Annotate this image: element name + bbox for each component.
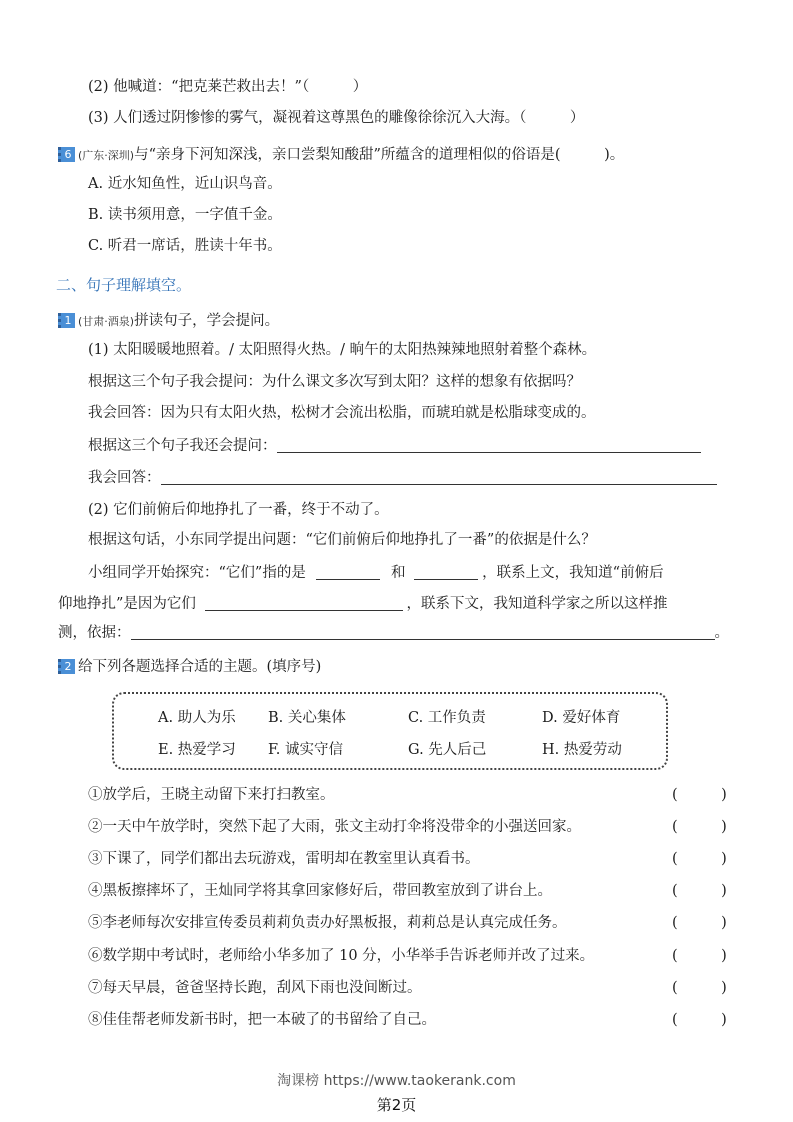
theme-item-4: ④黑板擦摔坏了，王灿同学将其拿回家修好后，带回教室放到了讲台上。 (88, 881, 552, 901)
question-number-badge: 2 (58, 659, 75, 674)
explore-text: ，联系下文，我知道科学家之所以这样推 (407, 596, 668, 612)
theme-item-1: ①放学后，王晓主动留下来打扫教室。 (88, 785, 335, 805)
theme-d: D. 爱好体育 (542, 706, 620, 727)
watermark: 淘课榜 https://www.taokerank.com (0, 1070, 793, 1090)
sub-question-1: (1) 太阳暖暖地照着。/ 太阳照得火热。/ 晌午的太阳热辣辣地照射着整个森林。 (88, 340, 596, 360)
question-stem: 给下列各题选择合适的主题。(填序号) (78, 659, 321, 675)
answer-row: 我会回答： (88, 468, 717, 488)
ask-label: 根据这三个句子我还会提问： (88, 438, 277, 454)
part1-item-2: (2) 他喊道：“把克莱芒救出去！”（ ） (88, 77, 367, 97)
answer-label: 我会回答： (88, 470, 161, 486)
xiaodong-question: 根据这句话，小东同学提出问题：“它们前俯后仰地挣扎了一番”的依据是什么？ (88, 530, 596, 550)
question-stem: 与“亲身下河知深浅，亲口尝梨知酸甜”所蕴含的道理相似的俗语是( )。 (134, 147, 624, 163)
theme-item-6: ⑥数学期中考试时，老师给小华多加了 10 分，小华举手告诉老师并改了过来。 (88, 946, 594, 966)
question-stem: 拼读句子，学会提问。 (134, 313, 279, 329)
question-number-badge: 6 (58, 147, 75, 162)
theme-g: G. 先人后己 (408, 738, 486, 759)
blank-2[interactable] (414, 565, 478, 580)
ask-blank[interactable] (277, 438, 701, 453)
question-number-badge: 1 (58, 313, 75, 328)
page-number: 第2页 (0, 1094, 793, 1115)
answer-paren-3[interactable]: ( ) (672, 849, 727, 869)
ask-row: 根据这三个句子我还会提问： (88, 436, 701, 456)
theme-item-8: ⑧佳佳帮老师发新书时，把一本破了的书留给了自己。 (88, 1010, 436, 1030)
question-2: 2给下列各题选择合适的主题。(填序号) (58, 657, 321, 677)
question-1: 1(甘肃·酒泉)拼读句子，学会提问。 (58, 311, 279, 332)
answer-paren-5[interactable]: ( ) (672, 913, 727, 933)
region-tag: (甘肃·酒泉) (78, 315, 134, 328)
explore-text: ，联系上文，我知道“前俯后 (482, 565, 663, 581)
theme-item-7: ⑦每天早晨，爸爸坚持长跑，刮风下雨也没间断过。 (88, 978, 422, 998)
theme-c: C. 工作负责 (408, 706, 486, 727)
blank-3[interactable] (205, 596, 403, 611)
theme-item-5: ⑤李老师每次安排宣传委员莉莉负责办好黑板报，莉莉总是认真完成任务。 (88, 913, 567, 933)
theme-a: A. 助人为乐 (158, 706, 236, 727)
explore-row-3: 测，依据：。 (58, 623, 729, 643)
answer-paren-1[interactable]: ( ) (672, 785, 727, 805)
answer-blank[interactable] (161, 470, 717, 485)
option-b: B. 读书须用意，一字值千金。 (88, 205, 282, 225)
answer-paren-6[interactable]: ( ) (672, 946, 727, 966)
answer-paren-8[interactable]: ( ) (672, 1010, 727, 1030)
explore-text: 小组同学开始探究：“它们”指的是 (88, 565, 306, 581)
region-tag: (广东·深圳) (78, 149, 134, 162)
theme-item-2: ②一天中午放学时，突然下起了大雨，张文主动打伞将没带伞的小强送回家。 (88, 817, 581, 837)
theme-item-3: ③下课了，同学们都出去玩游戏，雷明却在教室里认真看书。 (88, 849, 480, 869)
question-6: 6(广东·深圳)与“亲身下河知深浅，亲口尝梨知酸甜”所蕴含的道理相似的俗语是( … (58, 145, 624, 166)
answer-paren-7[interactable]: ( ) (672, 978, 727, 998)
explore-row-2: 仰地挣扎”是因为它们 ，联系下文，我知道科学家之所以这样推 (58, 594, 668, 614)
theme-f: F. 诚实守信 (268, 738, 343, 759)
option-c: C. 听君一席话，胜读十年书。 (88, 236, 282, 256)
theme-b: B. 关心集体 (268, 706, 346, 727)
explore-text: 和 (391, 565, 406, 581)
section-title: 二、句子理解填空。 (56, 275, 191, 295)
part1-item-3: (3) 人们透过阴惨惨的雾气，凝视着这尊黑色的雕像徐徐沉入大海。（ ） (88, 108, 584, 128)
theme-h: H. 热爱劳动 (542, 738, 622, 759)
explore-text: 。 (715, 625, 730, 641)
blank-1[interactable] (316, 565, 380, 580)
explore-text: 仰地挣扎”是因为它们 (58, 596, 196, 612)
explore-row-1: 小组同学开始探究：“它们”指的是 和 ，联系上文，我知道“前俯后 (88, 563, 664, 583)
theme-e: E. 热爱学习 (158, 738, 236, 759)
explore-text: 测，依据： (58, 625, 131, 641)
blank-4[interactable] (131, 625, 715, 640)
option-a: A. 近水知鱼性，近山识鸟音。 (88, 174, 282, 194)
sample-answer: 我会回答：因为只有太阳火热，松树才会流出松脂，而琥珀就是松脂球变成的。 (88, 403, 596, 423)
answer-paren-2[interactable]: ( ) (672, 817, 727, 837)
theme-options-box: A. 助人为乐 B. 关心集体 C. 工作负责 D. 爱好体育 E. 热爱学习 … (112, 692, 668, 770)
answer-paren-4[interactable]: ( ) (672, 881, 727, 901)
sample-question: 根据这三个句子我会提问：为什么课文多次写到太阳？这样的想象有依据吗？ (88, 372, 581, 392)
sub-question-2: (2) 它们前俯后仰地挣扎了一番，终于不动了。 (88, 500, 389, 520)
